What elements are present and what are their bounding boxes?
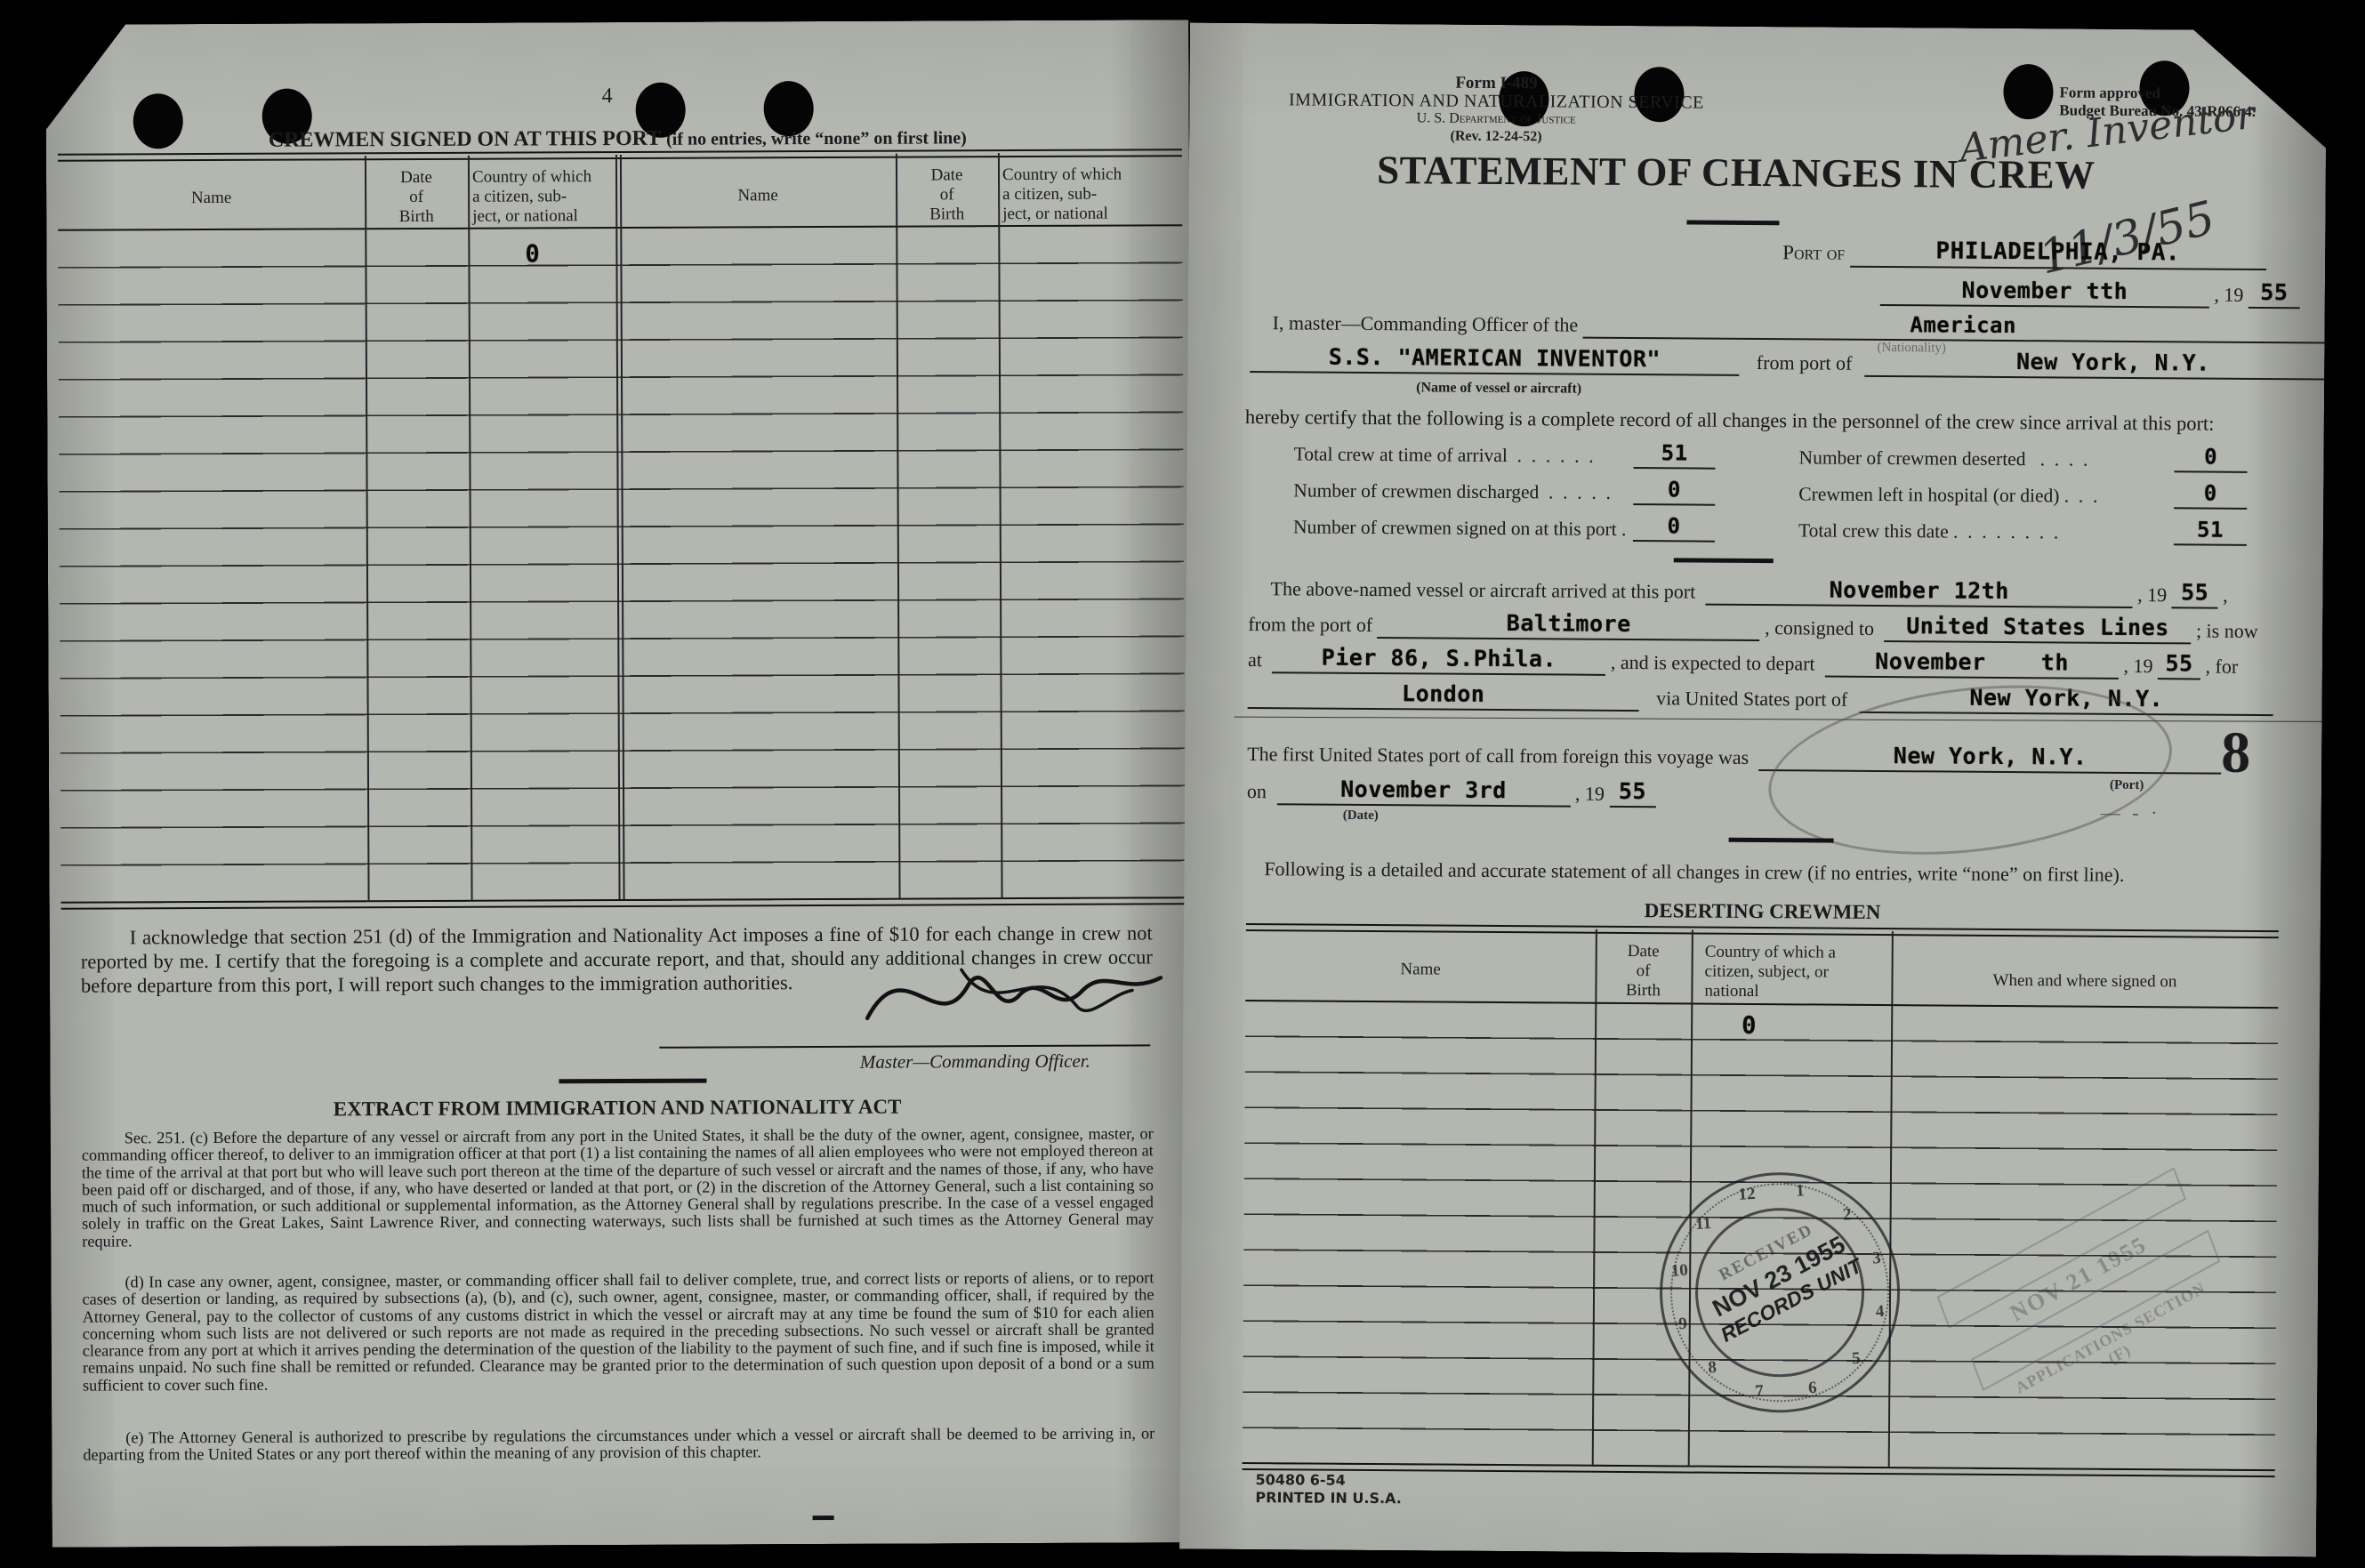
port-line: Port of PHILADELPHIA, PA. <box>1782 238 2266 270</box>
stamp-dial-number: 8 <box>1701 1357 1724 1379</box>
comma: , <box>2223 584 2228 607</box>
at-blank: Pier 86, S.Phila. <box>1272 646 1605 676</box>
date-blank: November tth <box>1880 278 2209 309</box>
form-date-line: November tth , 19 55 <box>1880 278 2300 309</box>
stat-label: Number of crewmen signed on at this port… <box>1293 516 1627 541</box>
destination-blank: London <box>1248 681 1639 712</box>
col-header-country-2: Country of which a citizen, sub- ject, o… <box>1002 165 1149 224</box>
section-divider-rule <box>1729 838 1834 843</box>
via-label: via United States port of <box>1644 687 1854 711</box>
consigned-value: United States Lines <box>1906 613 2169 640</box>
year-blank: 55 <box>2248 281 2300 309</box>
stamp-dial-number: 12 <box>1735 1185 1758 1207</box>
arrived-year-blank: 55 <box>2172 581 2218 608</box>
port-blank: PHILADELPHIA, PA. <box>1850 239 2266 270</box>
stamp-dial-number: 4 <box>1869 1301 1891 1323</box>
col-header-when-where: When and where signed on <box>1891 970 2278 993</box>
col-header-country: Country of which a citizen, sub- ject, o… <box>472 167 615 227</box>
port-value: PHILADELPHIA, PA. <box>1935 237 2180 266</box>
port-label: Port of <box>1782 241 1845 263</box>
col-header-name: Name <box>1246 959 1596 981</box>
stat-blank: 51 <box>1634 442 1716 470</box>
on-label: on <box>1247 780 1267 802</box>
received-date-stamp: 1 2 3 4 5 6 7 8 9 10 11 12 RECEIVED NOV … <box>1653 1165 1907 1419</box>
section-divider-rule <box>1674 558 1774 563</box>
crewmen-signed-note: (if no entries, write “none” on first li… <box>666 128 967 149</box>
extract-paragraph-d: (d) In case any owner, agent, consignee,… <box>82 1269 1154 1394</box>
arrived-blank: November 12th <box>1706 578 2133 608</box>
vessel-blank: S.S. "AMERICAN INVENTOR" <box>1250 345 1739 376</box>
master-blank: American <box>1583 312 2344 344</box>
firstport-label: The first United States port of call fro… <box>1247 743 1749 768</box>
master-nationality-value: American <box>1910 312 2016 338</box>
on-date-line: on November 3rd , 19 55 <box>1247 777 1656 808</box>
col-header-dob: Date of Birth <box>365 168 468 228</box>
crew-statistics: Total crew at time of arrival . . . . . … <box>1293 443 2290 566</box>
signature-caption: Master—Commanding Officer. <box>792 1049 1157 1073</box>
crewmen-table: Name Date of Birth Country of which a ci… <box>58 149 1186 906</box>
at-pier-line: at Pier 86, S.Phila. , and is expected t… <box>1248 646 2238 680</box>
extract-paragraph-c: Sec. 251. (c) Before the departure of an… <box>82 1125 1154 1250</box>
section-divider-rule <box>559 1079 706 1084</box>
form-title: STATEMENT OF CHANGES IN CREW <box>1323 147 2150 198</box>
stamp-dial-number: 7 <box>1748 1381 1770 1403</box>
form-revision: (Rev. 12-24-52) <box>1225 126 1767 148</box>
year-printed: , 19 <box>1575 783 1605 805</box>
stat-value-arrival: 51 <box>1661 440 1688 465</box>
vessel-caption: (Name of vessel or aircraft) <box>1312 380 1685 398</box>
pencil-dashes: — - · <box>2101 801 2161 824</box>
date-value: November tth <box>1962 277 2128 304</box>
form-heading-block: Form I-489 IMMIGRATION AND NATURALIZATIO… <box>1225 73 1768 148</box>
consigned-label: , consigned to <box>1765 616 1874 639</box>
stamp-dial-number: 1 <box>1789 1181 1811 1203</box>
deserting-entry-none: 0 <box>1742 1012 1757 1040</box>
fromport-value: New York, N.Y. <box>2016 349 2210 376</box>
destination-value: London <box>1402 680 1485 707</box>
isnow-label: ; is now <box>2196 619 2258 641</box>
fromport2-line: from the port of Baltimore , consigned t… <box>1248 610 2258 645</box>
section-rule-thin <box>1235 717 2365 723</box>
stat-value-discharged: 0 <box>1668 477 1681 502</box>
extract-title: EXTRACT FROM IMMIGRATION AND NATIONALITY… <box>82 1094 1154 1122</box>
on-date-value: November 3rd <box>1340 776 1507 803</box>
year-value: 55 <box>2260 279 2288 305</box>
on-year-blank: 55 <box>1609 780 1655 808</box>
col-header-name-2: Name <box>620 186 896 206</box>
stat-blank: 0 <box>1633 478 1715 506</box>
for-label: , for <box>2205 655 2238 678</box>
stamp-dial-number: 11 <box>1692 1214 1714 1236</box>
on-year-value: 55 <box>1619 778 1646 804</box>
year-printed: , 19 <box>2214 284 2243 306</box>
stamp-dial-number: 6 <box>1801 1378 1823 1400</box>
stamp-dial-number: 5 <box>1845 1348 1867 1371</box>
right-page: Form I-489 IMMIGRATION AND NATURALIZATIO… <box>1179 23 2327 1557</box>
crewmen-signed-title: CREWMEN SIGNED ON AT THIS PORT <box>269 127 661 152</box>
date-caption: (Date) <box>1343 808 1379 824</box>
title-rule <box>1686 220 1779 225</box>
depart-year-blank: 55 <box>2158 652 2200 679</box>
col-header-country: Country of which a citizen, subject, or … <box>1704 943 1882 1002</box>
year-printed: , 19 <box>2123 655 2152 677</box>
punch-hole <box>2003 64 2053 119</box>
stat-blank: 0 <box>1633 515 1715 543</box>
stamp-dial-number: 9 <box>1671 1314 1693 1336</box>
page-number: 4 <box>602 84 613 109</box>
consigned-blank: United States Lines <box>1884 615 2191 644</box>
arrived-year-value: 55 <box>2181 579 2208 605</box>
pencil-page-number: 8 <box>2221 720 2251 787</box>
scanned-document: 4 CREWMEN SIGNED ON AT THIS PORT (if no … <box>0 0 2365 1568</box>
year-printed: , 19 <box>2137 583 2167 606</box>
stat-value-deserted: 0 <box>2204 445 2217 470</box>
fromport2-value: Baltimore <box>1507 610 1631 637</box>
depart-date-value: November th <box>1875 648 2069 676</box>
stat-label: Crewmen left in hospital (or died) . . . <box>1798 483 2097 507</box>
vessel-line: S.S. "AMERICAN INVENTOR" from port of Ne… <box>1250 345 2362 381</box>
extract-paragraph-e: (e) The Attorney General is authorized t… <box>83 1425 1154 1464</box>
pier-value: Pier 86, S.Phila. <box>1322 645 1557 672</box>
stat-value-hospital: 0 <box>2204 481 2217 506</box>
signed-on-entry-none: 0 <box>525 240 540 268</box>
on-date-blank: November 3rd <box>1276 777 1570 807</box>
print-footer: 50480 6-54 PRINTED IN U.S.A. <box>1255 1471 1402 1508</box>
master-label: I, master—Commanding Officer of the <box>1273 311 1579 335</box>
arrived-line: The above-named vessel or aircraft arriv… <box>1270 575 2227 609</box>
agency-name: IMMIGRATION AND NATURALIZATION SERVICE <box>1225 91 1767 112</box>
depart-year-value: 55 <box>2165 650 2192 676</box>
deserting-crewmen-title: DESERTING CREWMEN <box>1246 897 2279 927</box>
stat-blank: 0 <box>2174 482 2247 510</box>
signature <box>855 931 1176 1057</box>
at-label: at <box>1248 648 1262 671</box>
depart-blank: November th <box>1825 650 2119 679</box>
stat-label: Number of crewmen discharged . . . . . <box>1293 479 1611 503</box>
col-header-dob: Date of Birth <box>1595 942 1691 1001</box>
certify-statement: hereby certify that the following is a c… <box>1245 404 2321 438</box>
scan-mark <box>813 1516 834 1520</box>
arrived-date-value: November 12th <box>1830 577 2009 604</box>
stat-blank: 51 <box>2174 519 2247 546</box>
stat-value-signed-on: 0 <box>1667 513 1680 538</box>
master-line: I, master—Commanding Officer of the Amer… <box>1273 310 2344 343</box>
stat-label: Total crew at time of arrival . . . . . … <box>1294 443 1594 467</box>
col-header-dob-2: Date of Birth <box>896 165 998 225</box>
col-header-name: Name <box>58 188 365 209</box>
arrived-label: The above-named vessel or aircraft arriv… <box>1270 577 1695 602</box>
fromport2-blank: Baltimore <box>1378 611 1760 641</box>
following-statement: Following is a detailed and accurate sta… <box>1264 857 2365 889</box>
stat-label: Total crew this date . . . . . . . . <box>1798 519 2058 543</box>
stat-value-deserted-blank: 0 <box>2175 446 2248 473</box>
stat-value-total: 51 <box>2197 517 2224 542</box>
vessel-name-value: S.S. "AMERICAN INVENTOR" <box>1329 344 1661 373</box>
left-page: 4 CREWMEN SIGNED ON AT THIS PORT (if no … <box>45 20 1195 1548</box>
nationality-caption: (Nationality) <box>1877 341 1946 357</box>
fromport2-label: from the port of <box>1248 613 1372 636</box>
fromport-label: from port of <box>1744 351 1860 374</box>
depart-label: , and is expected to depart <box>1611 651 1815 675</box>
stat-label: Number of crewmen deserted . . . . <box>1799 446 2088 470</box>
